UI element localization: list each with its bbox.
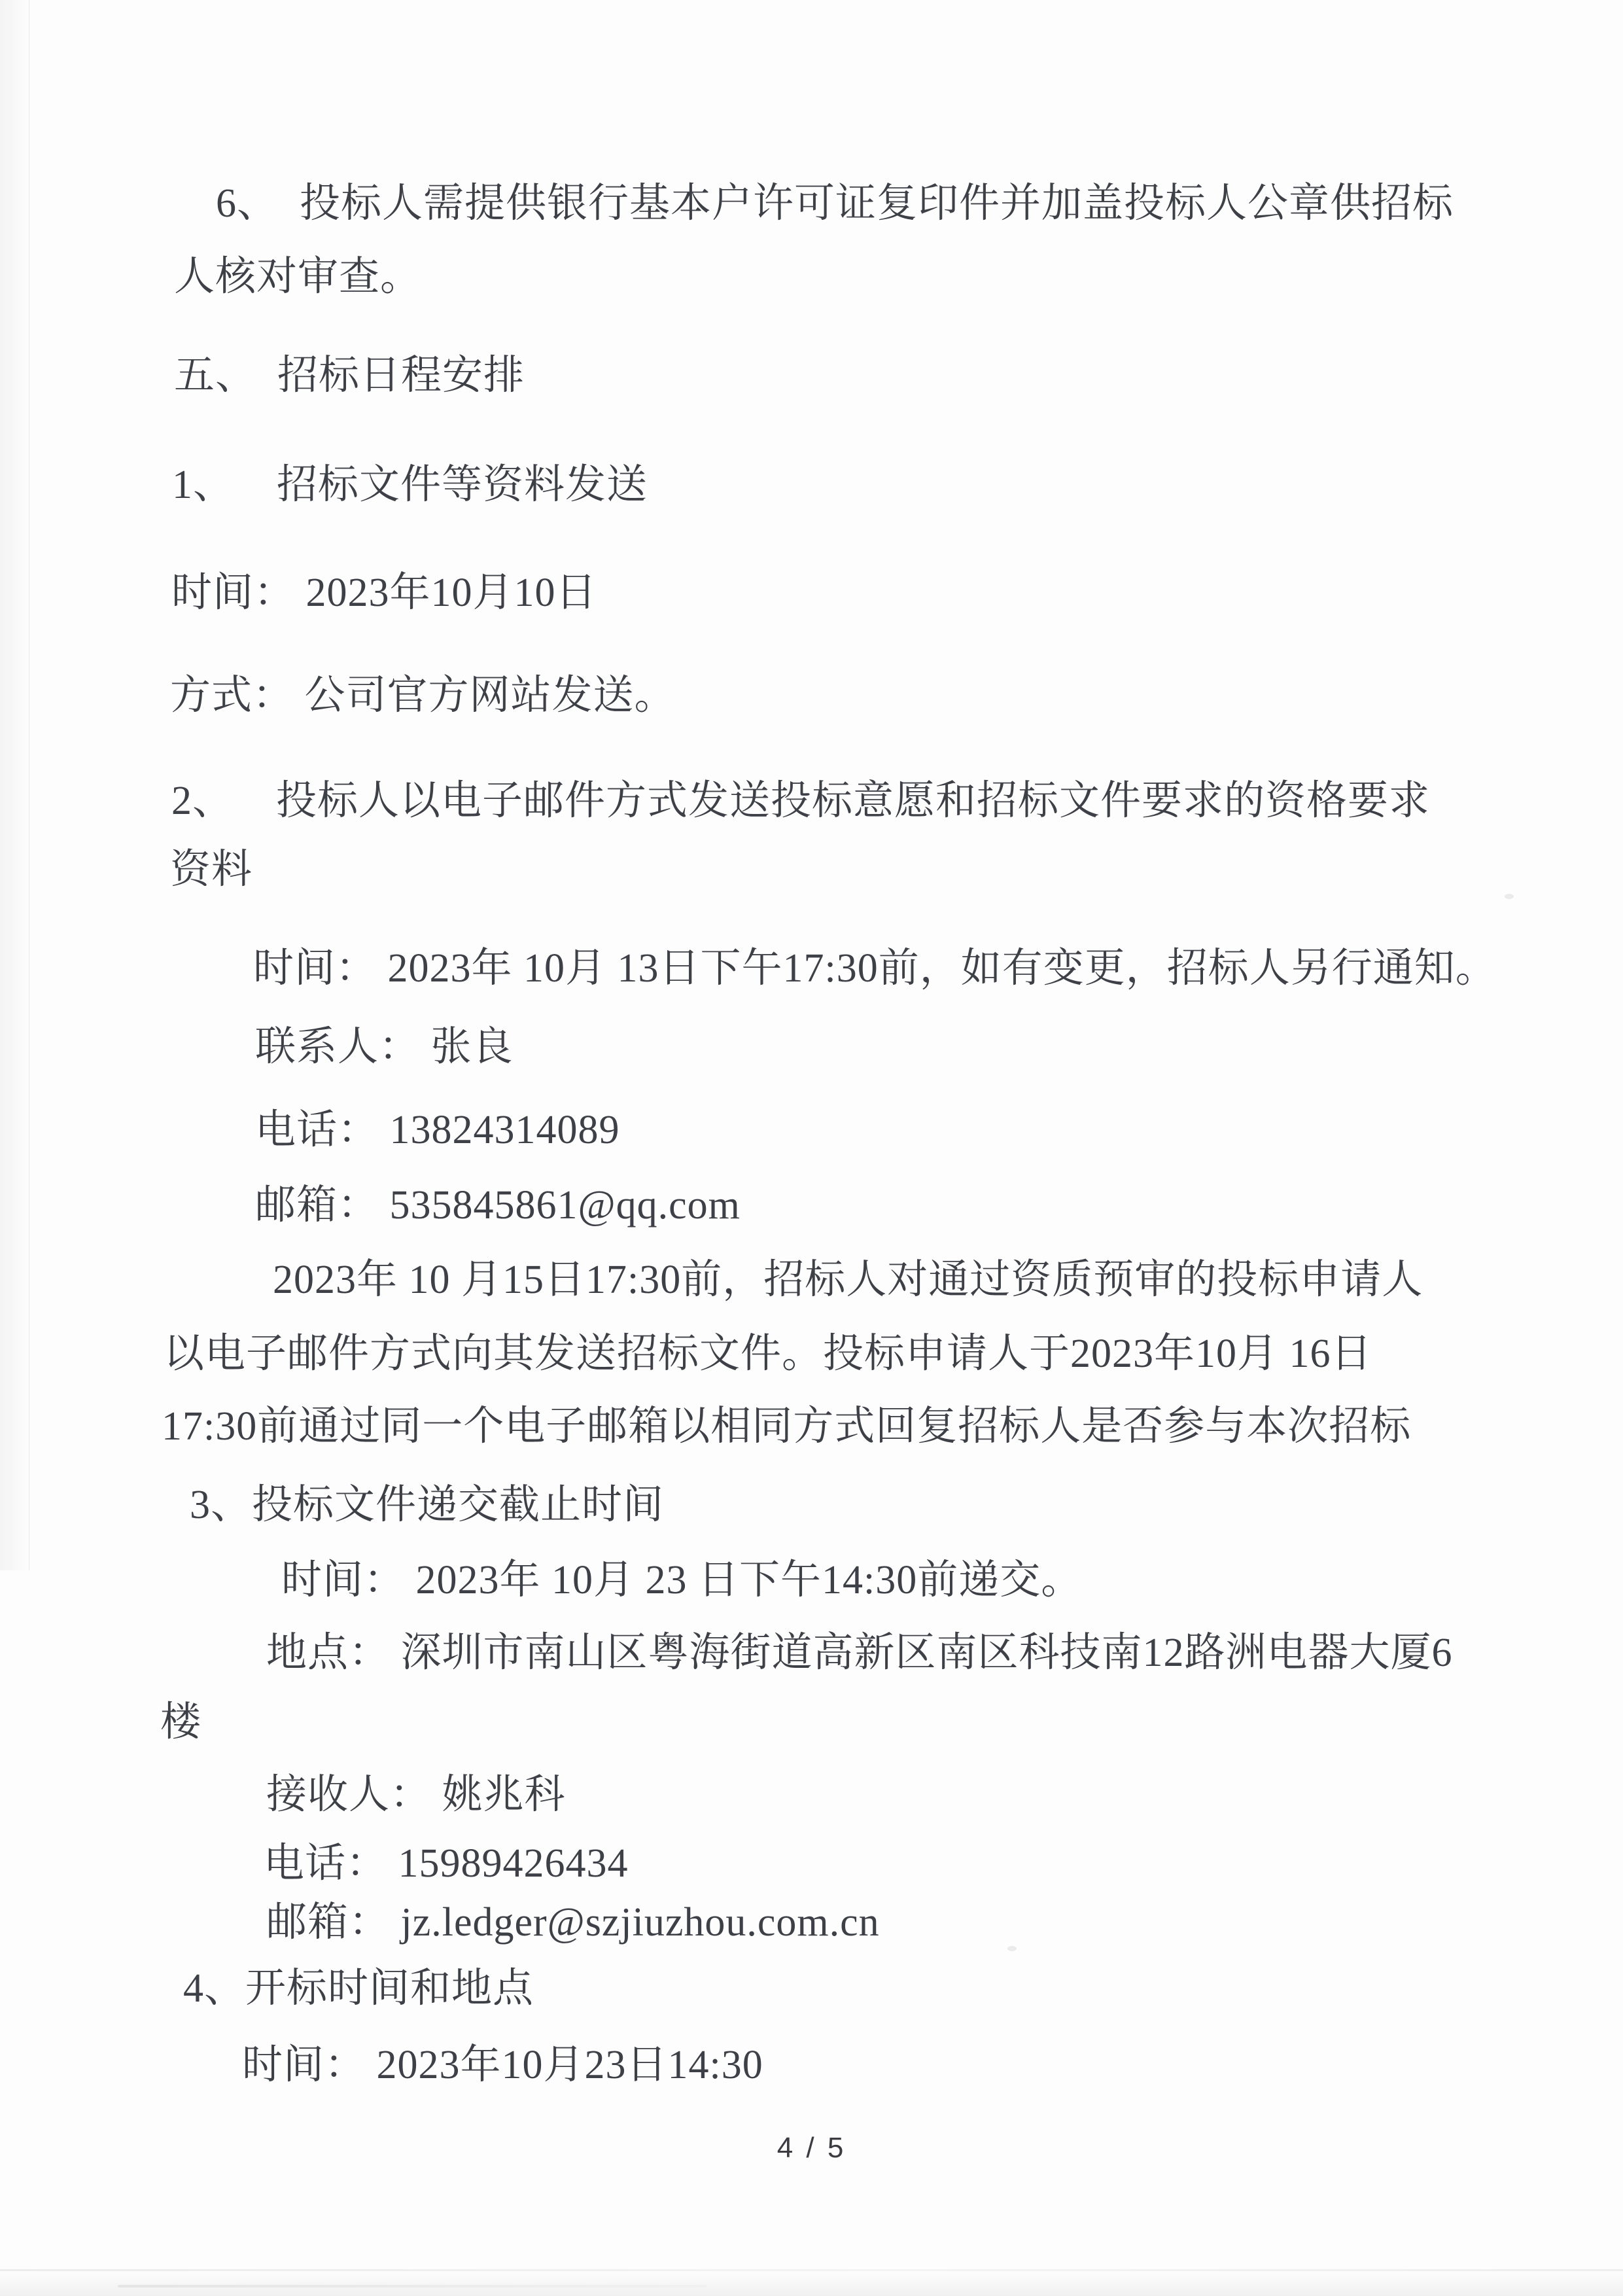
- item2-contact: 联系人： 张良: [255, 1022, 514, 1072]
- item3-time: 时间： 2023年 10月 23 日下午14:30前递交。: [281, 1555, 1082, 1605]
- item3-phone: 电话： 15989426434: [264, 1839, 629, 1888]
- item2-phone: 电话： 13824314089: [255, 1105, 620, 1155]
- page-number: 4 / 5: [0, 2132, 1623, 2164]
- scan-bottom-smudge: [118, 2285, 707, 2287]
- item1-method: 方式： 公司官方网站发送。: [170, 671, 676, 720]
- section5-heading: 五、 招标日程安排: [174, 351, 525, 400]
- item3-heading: 3、投标文件递交截止时间: [190, 1480, 664, 1530]
- item2-email: 邮箱： 535845861@qq.com: [255, 1180, 741, 1230]
- item2-para-line2: 以电子邮件方式向其发送招标文件。投标申请人于2023年10月 16日: [164, 1329, 1372, 1379]
- item2-para-line3: 17:30前通过同一个电子邮箱以相同方式回复招标人是否参与本次招标: [162, 1402, 1411, 1451]
- item2-time: 时间： 2023年 10月 13日下午17:30前，如有变更，招标人另行通知。: [253, 944, 1497, 993]
- item3-place-line2: 楼: [160, 1697, 201, 1747]
- item3-place-line1: 地点： 深圳市南山区粤海街道高新区南区科技南12路洲电器大厦6: [266, 1628, 1453, 1678]
- scanned-document-page: 6、 投标人需提供银行基本户许可证复印件并加盖投标人公章供招标 人核对审查。 五…: [0, 0, 1623, 2296]
- item1-heading: 1、 招标文件等资料发送: [172, 460, 648, 510]
- scan-bottom-wash: [0, 2270, 1623, 2296]
- item2-line1: 2、 投标人以电子邮件方式发送投标意愿和招标文件要求的资格要求: [171, 776, 1430, 826]
- item4-time: 时间： 2023年10月23日14:30: [242, 2040, 763, 2090]
- item4-heading: 4、开标时间和地点: [183, 1964, 534, 2013]
- item3-receiver: 接收人： 姚兆科: [266, 1770, 566, 1820]
- item1-time: 时间： 2023年10月10日: [171, 568, 597, 618]
- scan-speck: [1505, 894, 1514, 899]
- scan-speck: [1007, 1946, 1017, 1951]
- scan-bottom-line: [0, 2269, 1623, 2271]
- scan-edge-left-shadow: [0, 0, 29, 1570]
- item2-line2: 资料: [170, 845, 253, 894]
- item2-para-line1: 2023年 10 月15日17:30前，招标人对通过资质预审的投标申请人: [273, 1255, 1423, 1305]
- item3-email: 邮箱： jz.ledger@szjiuzhou.com.cn: [266, 1898, 880, 1947]
- item6-line2: 人核对审查。: [174, 252, 421, 302]
- item6-line1: 6、 投标人需提供银行基本户许可证复印件并加盖投标人公章供招标: [216, 179, 1454, 228]
